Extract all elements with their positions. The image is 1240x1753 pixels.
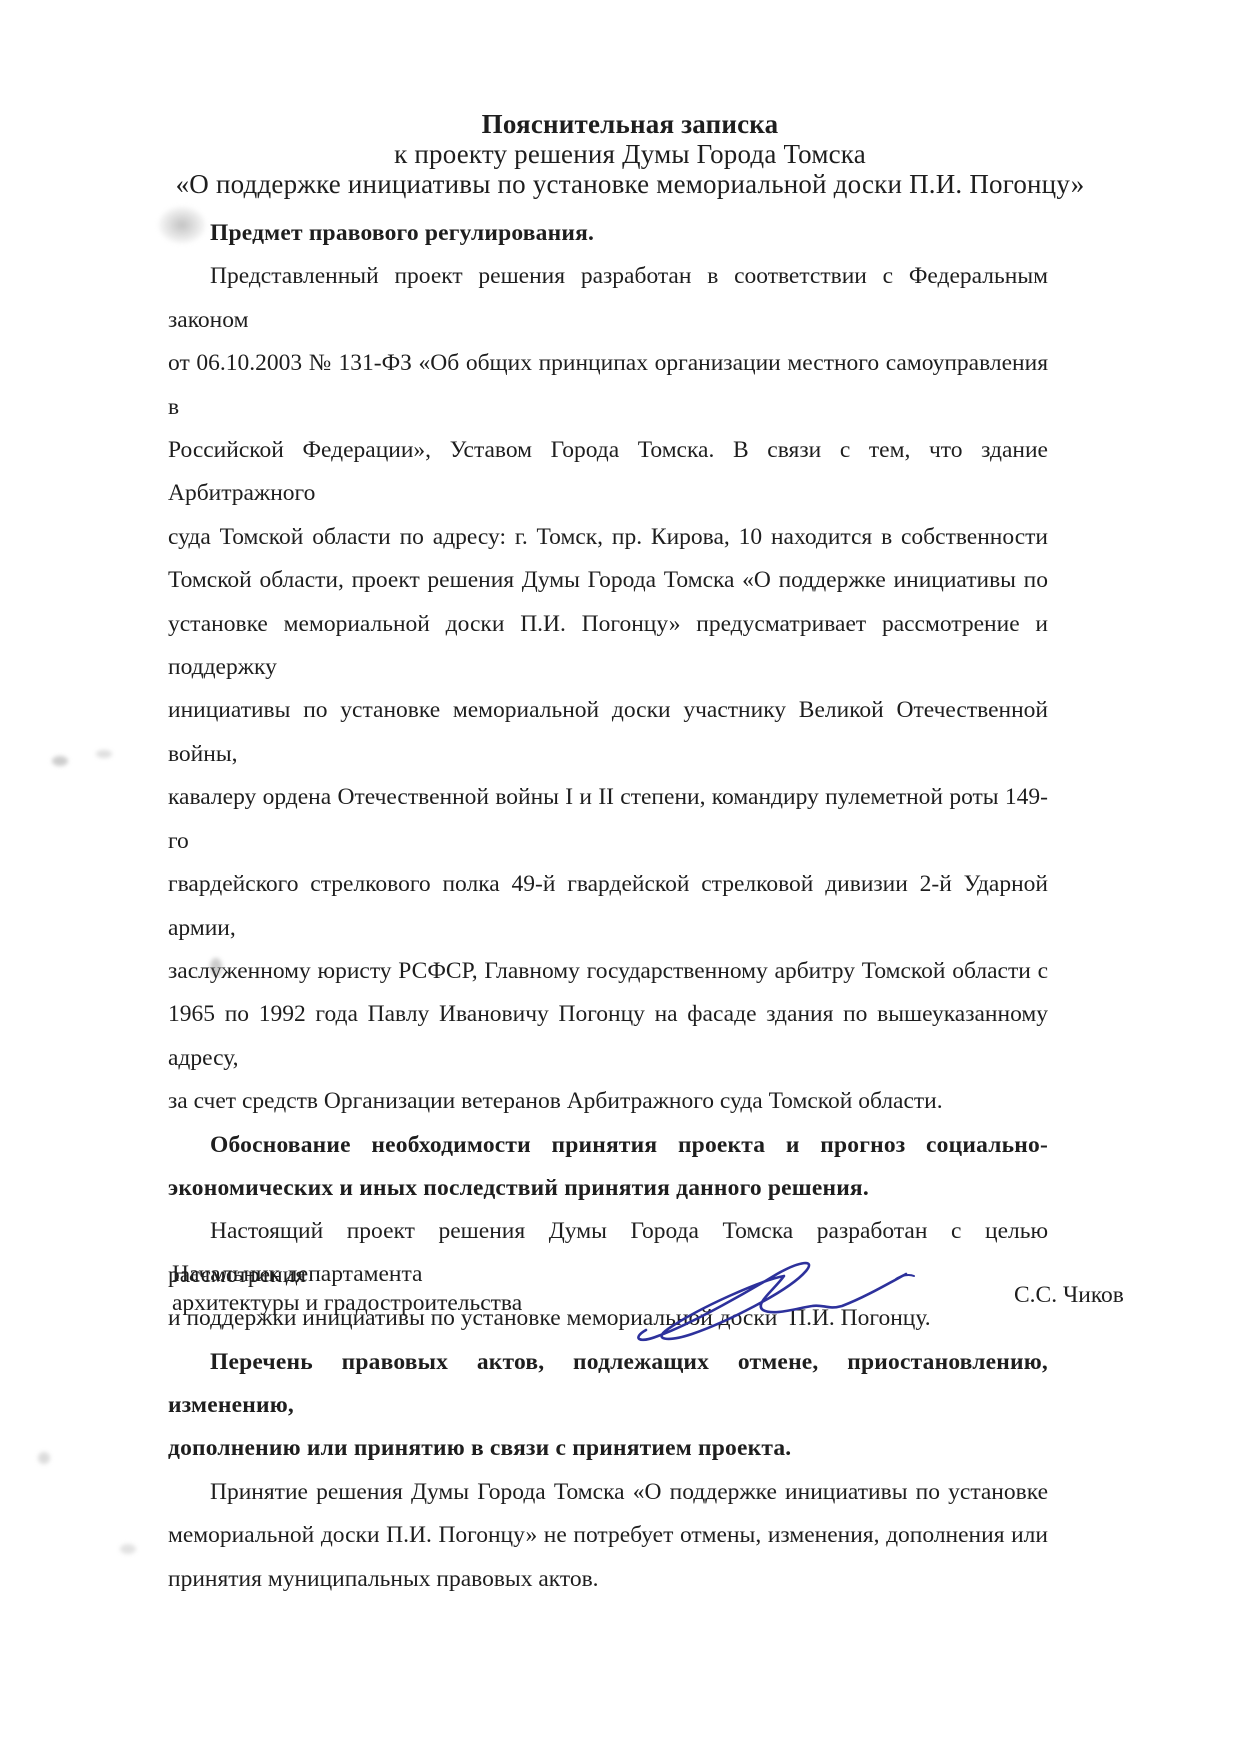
signature-stroke-tail <box>896 1275 914 1279</box>
title-line-2: к проекту решения Думы Города Томска <box>155 139 1105 169</box>
document-page: Пояснительная записка к проекту решения … <box>0 0 1240 1753</box>
body-text-line: гвардейского стрелкового полка 49-й гвар… <box>168 863 1048 950</box>
body-text-line: инициативы по установке мемориальной дос… <box>168 689 1048 776</box>
body-text-line: Томской области, проект решения Думы Гор… <box>168 559 1048 602</box>
body-text-line: заслуженному юристу РСФСР, Главному госу… <box>168 950 1048 993</box>
title-line-3: «О поддержке инициативы по установке мем… <box>155 169 1105 199</box>
document-body: Предмет правового регулирования.Представ… <box>168 212 1048 1601</box>
scan-artifact <box>96 750 112 758</box>
body-text-line: Принятие решения Думы Города Томска «О п… <box>168 1471 1048 1514</box>
signer-position-line-2: архитектуры и градостроительства <box>172 1289 522 1318</box>
signer-name: С.С. Чиков <box>1014 1282 1124 1309</box>
signer-position-line-1: Начальник департамента <box>172 1260 522 1289</box>
body-text-line: Представленный проект решения разработан… <box>168 255 1048 342</box>
handwritten-signature-icon <box>616 1246 916 1346</box>
section-heading-line: экономических и иных последствий приняти… <box>168 1167 1048 1210</box>
body-text-line: мемориальной доски П.И. Погонцу» не потр… <box>168 1514 1048 1557</box>
section-heading-line: Обоснование необходимости принятия проек… <box>168 1124 1048 1167</box>
body-text-line: 1965 по 1992 года Павлу Ивановичу Погонц… <box>168 993 1048 1080</box>
section-heading-line: дополнению или принятию в связи с принят… <box>168 1427 1048 1470</box>
body-text-line: установке мемориальной доски П.И. Погонц… <box>168 603 1048 690</box>
scan-artifact <box>120 1544 136 1554</box>
title-line-1: Пояснительная записка <box>155 109 1105 139</box>
body-text-line: Российской Федерации», Уставом Города То… <box>168 429 1048 516</box>
scan-artifact <box>210 958 222 976</box>
body-text-line: от 06.10.2003 № 131-ФЗ «Об общих принцип… <box>168 342 1048 429</box>
signature-stroke <box>638 1263 906 1340</box>
body-text-line: за счет средств Организации ветеранов Ар… <box>168 1080 1048 1123</box>
section-heading-line: Перечень правовых актов, подлежащих отме… <box>168 1341 1048 1428</box>
body-text-line: суда Томской области по адресу: г. Томск… <box>168 516 1048 559</box>
document-title: Пояснительная записка к проекту решения … <box>155 109 1105 199</box>
body-text-line: принятия муниципальных правовых актов. <box>168 1558 1048 1601</box>
signer-position: Начальник департамента архитектуры и гра… <box>172 1260 522 1317</box>
body-text-line: кавалеру ордена Отечественной войны I и … <box>168 776 1048 863</box>
scan-artifact <box>38 1452 50 1464</box>
scan-artifact <box>52 756 68 766</box>
scan-artifact <box>158 206 206 244</box>
section-heading-line: Предмет правового регулирования. <box>168 212 1048 255</box>
